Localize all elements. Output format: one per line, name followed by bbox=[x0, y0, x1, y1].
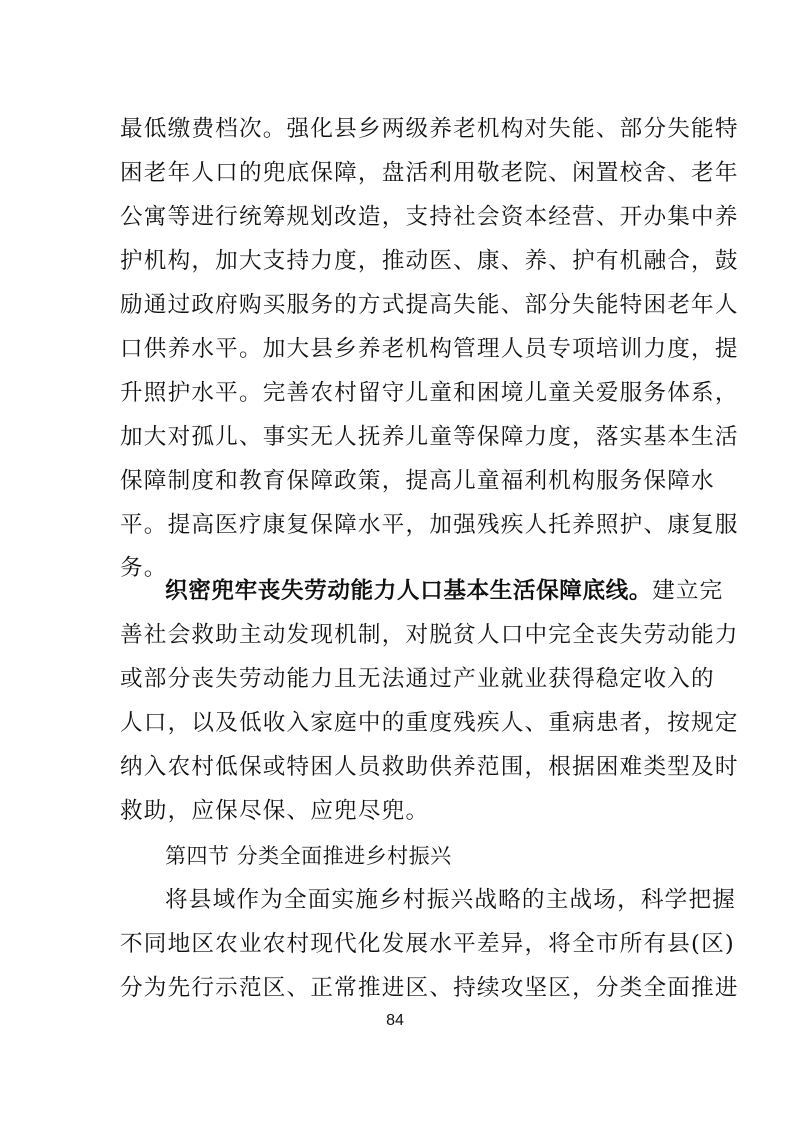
section-heading: 第四节 分类全面推进乡村振兴 bbox=[165, 841, 452, 871]
text-line: 分为先行示范区、正常推进区、持续攻坚区，分类全面推进 bbox=[120, 973, 672, 1003]
text-line: 励通过政府购买服务的方式提高失能、部分失能特困老年人 bbox=[120, 290, 672, 320]
text-line: 加大对孤儿、事实无人抚养儿童等保障力度，落实基本生活 bbox=[120, 422, 672, 452]
text-line: 纳入农村低保或特困人员救助供养范围，根据困难类型及时 bbox=[120, 752, 672, 782]
text-line: 护机构，加大支持力度，推动医、康、养、护有机融合，鼓 bbox=[120, 246, 672, 276]
text-line: 救助，应保尽保、应兜尽兜。 bbox=[120, 796, 672, 826]
text-run: 建立完 bbox=[652, 578, 723, 604]
page-number: 84 bbox=[0, 1011, 790, 1031]
text-line: 口供养水平。加大县乡养老机构管理人员专项培训力度，提 bbox=[120, 334, 672, 364]
text-line: 最低缴费档次。强化县乡两级养老机构对失能、部分失能特 bbox=[120, 114, 672, 144]
bold-lead-sentence: 织密兜牢丧失劳动能力人口基本生活保障底线。 bbox=[165, 578, 652, 604]
text-line: 人口，以及低收入家庭中的重度残疾人、重病患者，按规定 bbox=[120, 708, 672, 738]
text-line: 保障制度和教育保障政策，提高儿童福利机构服务保障水 bbox=[120, 466, 672, 496]
text-line: 公寓等进行统筹规划改造，支持社会资本经营、开办集中养 bbox=[120, 202, 672, 232]
text-line: 或部分丧失劳动能力且无法通过产业就业获得稳定收入的 bbox=[120, 664, 672, 694]
text-line: 将县域作为全面实施乡村振兴战略的主战场，科学把握 bbox=[120, 885, 672, 915]
text-line: 升照护水平。完善农村留守儿童和困境儿童关爱服务体系， bbox=[120, 378, 672, 408]
paragraph-lead-line: 织密兜牢丧失劳动能力人口基本生活保障底线。建立完 bbox=[120, 576, 672, 606]
text-line: 善社会救助主动发现机制，对脱贫人口中完全丧失劳动能力 bbox=[120, 620, 672, 650]
text-line: 困老年人口的兜底保障，盘活利用敬老院、闲置校舍、老年 bbox=[120, 158, 672, 188]
text-line: 不同地区农业农村现代化发展水平差异，将全市所有县(区) bbox=[120, 929, 672, 959]
text-line: 平。提高医疗康复保障水平，加强残疾人托养照护、康复服 bbox=[120, 510, 672, 540]
